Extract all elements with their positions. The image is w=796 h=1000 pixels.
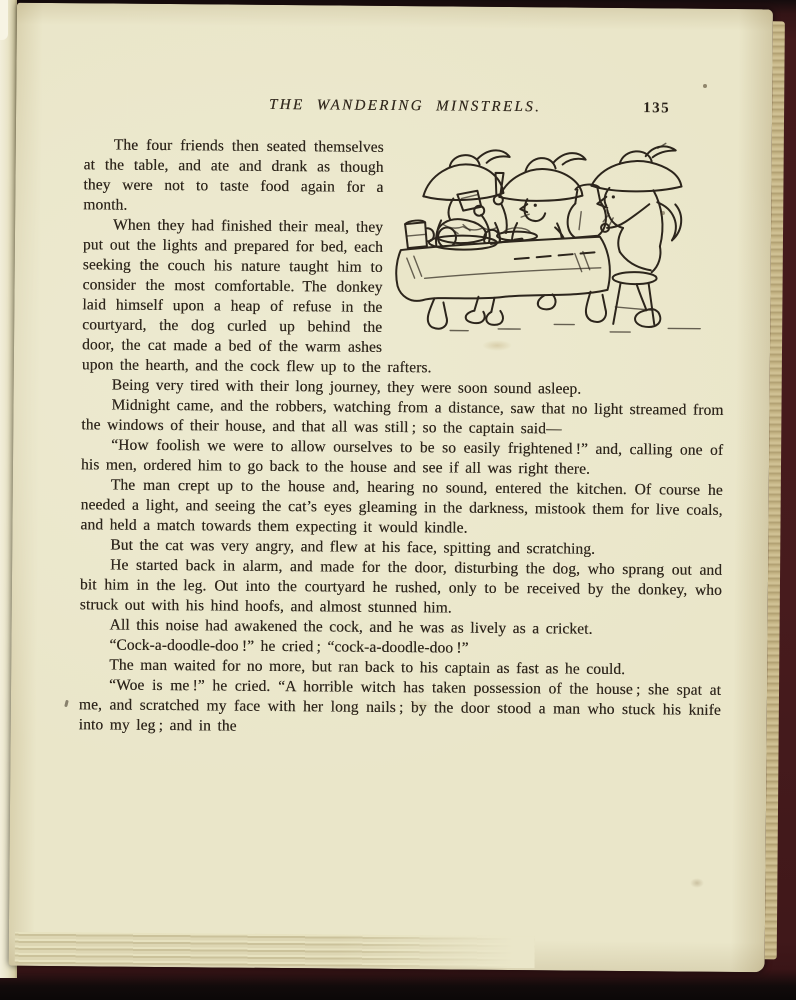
minstrels-dining-sketch-svg	[394, 140, 726, 349]
minstrels-dining-illustration	[394, 140, 726, 349]
page-body: The four friends then seated themselves …	[79, 135, 726, 741]
page-leaf: THE WANDERING MINSTRELS. 135	[9, 3, 773, 973]
book-scan-photo: THE WANDERING MINSTRELS. 135	[0, 0, 796, 1000]
page-header: THE WANDERING MINSTRELS. 135	[84, 95, 726, 127]
printed-area: THE WANDERING MINSTRELS. 135	[79, 95, 727, 741]
paragraph: The man crept up to the house and, heari…	[80, 475, 722, 541]
running-title: THE WANDERING MINSTRELS.	[84, 95, 726, 118]
page-number: 135	[643, 100, 670, 117]
paragraph: Midnight came, and the robbers, watching…	[81, 395, 723, 441]
page-edge-stack	[15, 932, 535, 969]
paragraph: “Woe is me !” he cried. “A horrible witc…	[79, 675, 721, 741]
paragraph: “How foolish we were to allow ourselves …	[81, 435, 723, 481]
paragraph: He started back in alarm, and made for t…	[80, 555, 722, 621]
book-page: THE WANDERING MINSTRELS. 135	[9, 3, 773, 973]
